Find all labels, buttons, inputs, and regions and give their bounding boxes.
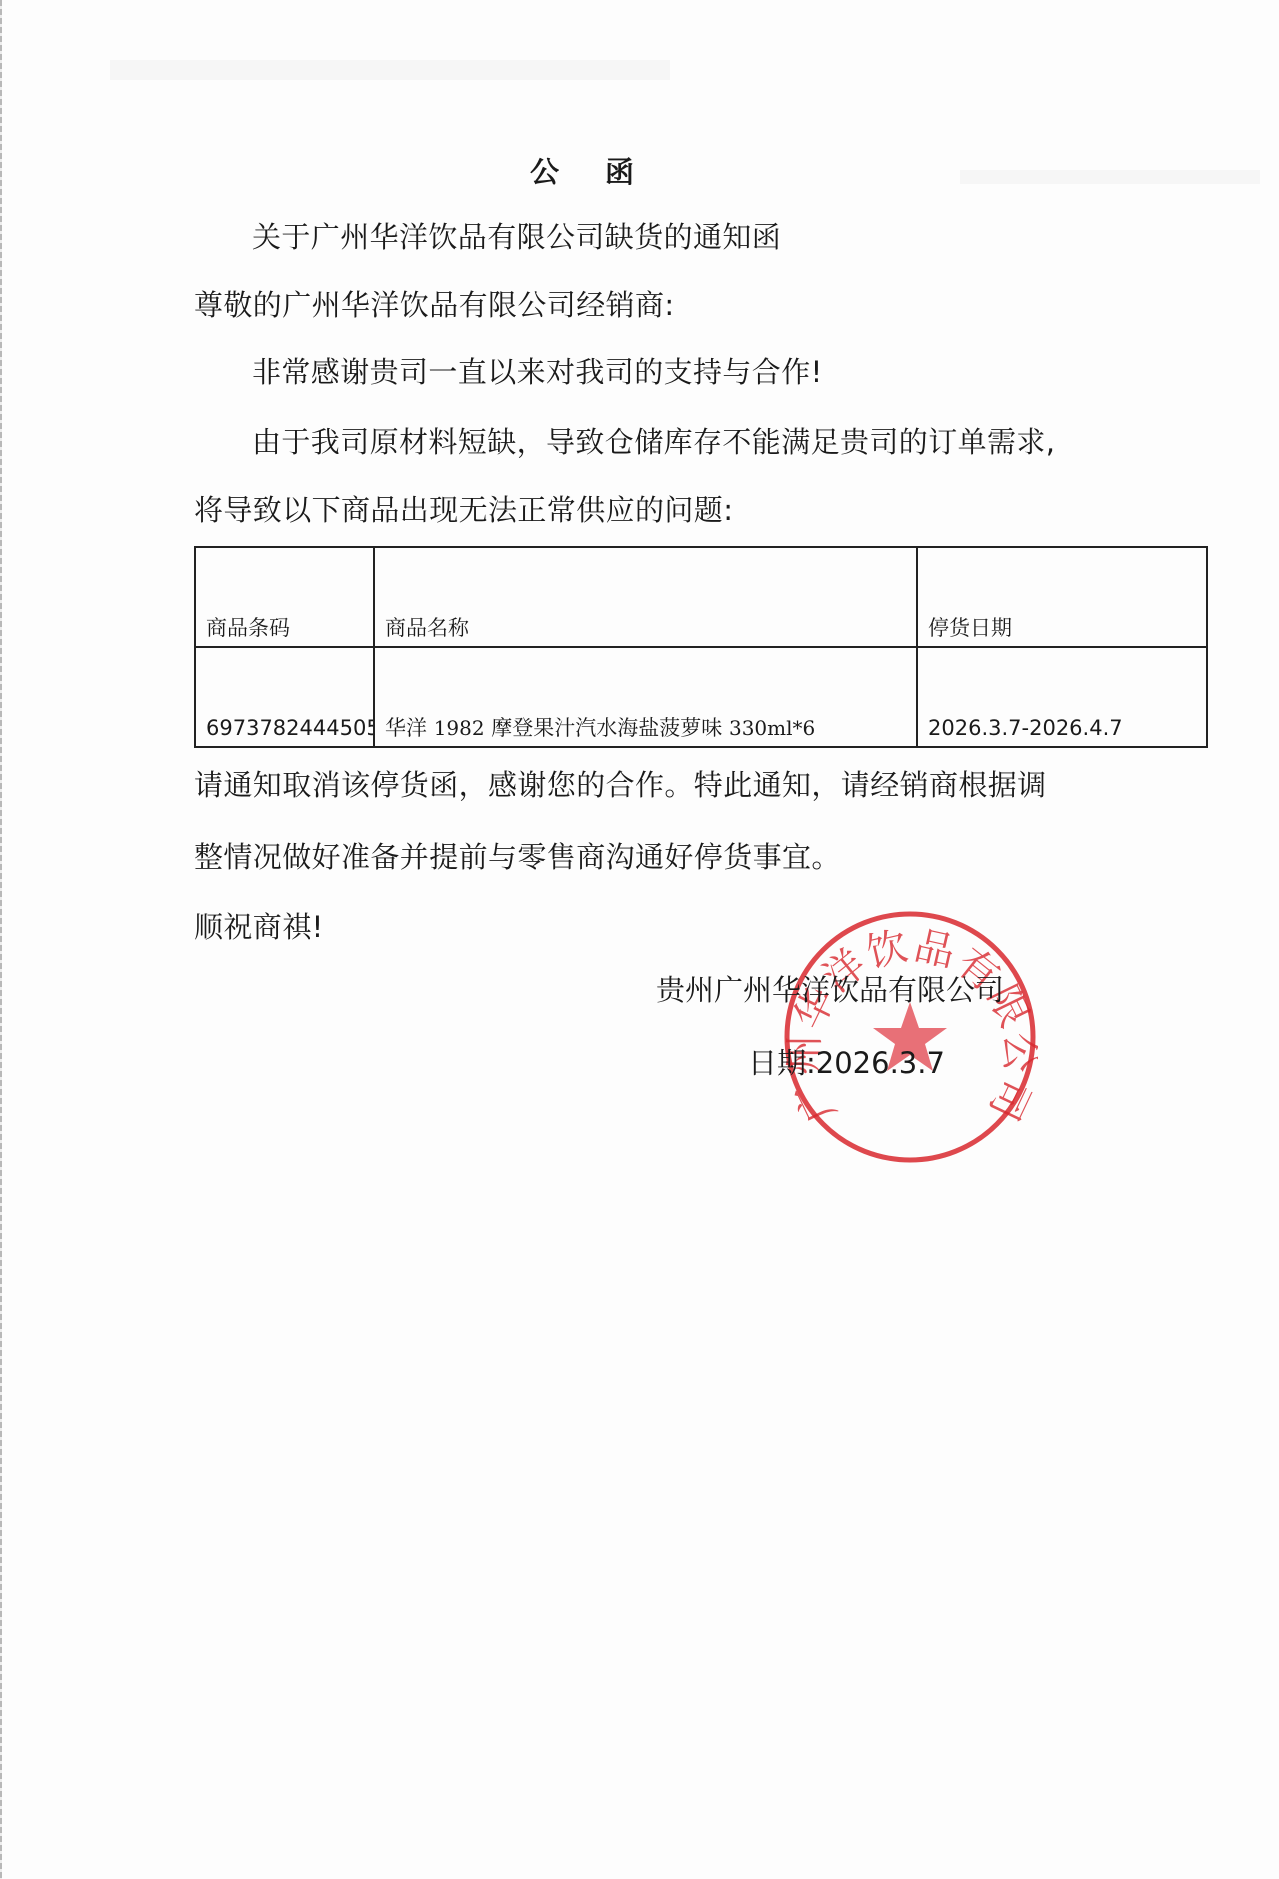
name-spec: 330ml*6 [729, 716, 815, 740]
header-product-name: 商品名称 [374, 547, 917, 647]
closing-line-2: 整情况做好准备并提前与零售商沟通好停货事宜。 [194, 840, 841, 874]
title-char: 公 [530, 154, 559, 190]
paragraph-reason: 由于我司原材料短缺，导致仓储库存不能满足贵司的订单需求, [252, 425, 1055, 459]
header-barcode: 商品条码 [195, 547, 374, 647]
header-stop-date: 停货日期 [917, 547, 1207, 647]
paragraph-impact: 将导致以下商品出现无法正常供应的问题: [194, 493, 733, 527]
cell-product-name: 华洋 1982 摩登果汁汽水海盐菠萝味 330ml*6 [374, 647, 917, 747]
scan-edge-line [0, 0, 2, 1879]
goods-table: 商品条码 商品名称 停货日期 6973782444505 华洋 1982 摩登果… [194, 546, 1208, 748]
document-title: 公函 [530, 154, 634, 190]
salutation: 尊敬的广州华洋饮品有限公司经销商: [194, 288, 675, 322]
title-char: 函 [605, 154, 634, 190]
scan-ghost [110, 60, 670, 80]
table-header-row: 商品条码 商品名称 停货日期 [195, 547, 1207, 647]
date-value: 2026.3.7 [816, 1046, 945, 1080]
name-flavor: 摩登果汁汽水海盐菠萝味 [491, 716, 722, 740]
table-row: 6973782444505 华洋 1982 摩登果汁汽水海盐菠萝味 330ml*… [195, 647, 1207, 747]
subject-line: 关于广州华洋饮品有限公司缺货的通知函 [252, 220, 781, 254]
name-year: 1982 [434, 716, 485, 740]
signature-company: 贵州广州华洋饮品有限公司 [656, 973, 1004, 1007]
name-brand: 华洋 [385, 716, 427, 740]
date-label: 日期: [748, 1046, 816, 1080]
closing-greeting: 顺祝商祺! [194, 910, 324, 944]
company-seal-icon: 广州华洋饮品有限公司 [782, 909, 1038, 1165]
closing-line-1: 请通知取消该停货函，感谢您的合作。特此通知，请经销商根据调 [194, 768, 1047, 802]
cell-stop-period: 2026.3.7-2026.4.7 [917, 647, 1207, 747]
scan-ghost [960, 170, 1260, 184]
signature-date: 日期:2026.3.7 [748, 1046, 945, 1080]
cell-barcode: 6973782444505 [195, 647, 374, 747]
letter-page: 公函 关于广州华洋饮品有限公司缺货的通知函 尊敬的广州华洋饮品有限公司经销商: … [0, 0, 1279, 1879]
paragraph-thanks: 非常感谢贵司一直以来对我司的支持与合作! [252, 355, 823, 389]
